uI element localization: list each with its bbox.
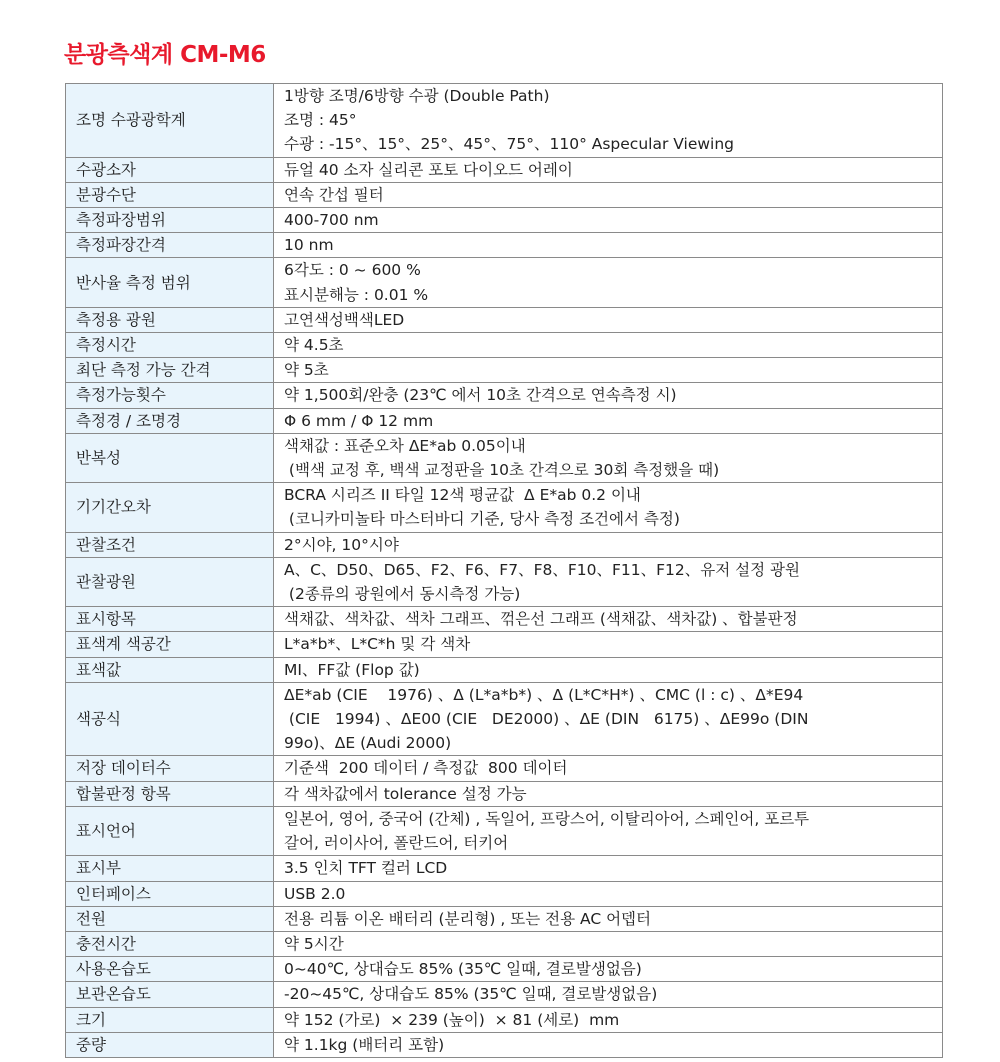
spec-label: 중량	[66, 1032, 274, 1057]
spec-label: 저장 데이터수	[66, 756, 274, 781]
spec-value: 전용 리튬 이온 배터리 (분리형) , 또는 전용 AC 어뎁터	[274, 906, 943, 931]
spec-value: 2°시야, 10°시야	[274, 532, 943, 557]
spec-label: 표시항목	[66, 607, 274, 632]
spec-label: 측정가능횟수	[66, 383, 274, 408]
spec-value: 약 1,500회/완충 (23℃ 에서 10초 간격으로 연속측정 시)	[274, 383, 943, 408]
spec-value-line: 2°시야, 10°시야	[284, 533, 942, 557]
spec-value-line: 99o)、ΔE (Audi 2000)	[284, 731, 942, 755]
spec-row: 크기약 152 (가로) × 239 (높이) × 81 (세로) mm	[66, 1007, 943, 1032]
spec-row: 저장 데이터수기준색 200 데이터 / 측정값 800 데이터	[66, 756, 943, 781]
spec-table-body: 조명 수광광학계1방향 조명/6방향 수광 (Double Path)조명 : …	[66, 84, 943, 1058]
spec-row: 반사율 측정 범위6각도 : 0 ~ 600 %표시분해능 : 0.01 %	[66, 258, 943, 307]
spec-row: 보관온습도-20~45℃, 상대습도 85% (35℃ 일때, 결로발생없음)	[66, 982, 943, 1007]
spec-value-line: 약 1,500회/완충 (23℃ 에서 10초 간격으로 연속측정 시)	[284, 383, 942, 407]
spec-row: 표시항목색채값、색차값、색차 그래프、꺾은선 그래프 (색채값、색차값) 、합불…	[66, 607, 943, 632]
spec-value-line: MI、FF값 (Flop 값)	[284, 658, 942, 682]
spec-value: -20~45℃, 상대습도 85% (35℃ 일때, 결로발생없음)	[274, 982, 943, 1007]
spec-label: 표색계 색공간	[66, 632, 274, 657]
spec-value-line: 고연색성백색LED	[284, 308, 942, 332]
spec-row: 기기간오차BCRA 시리즈 II 타일 12색 평균값 Δ E*ab 0.2 이…	[66, 483, 943, 532]
spec-row: 표색계 색공간L*a*b*、L*C*h 및 각 색차	[66, 632, 943, 657]
spec-value: BCRA 시리즈 II 타일 12색 평균값 Δ E*ab 0.2 이내 (코니…	[274, 483, 943, 532]
spec-label: 분광수단	[66, 182, 274, 207]
spec-label: 수광소자	[66, 157, 274, 182]
spec-row: 표시언어일본어, 영어, 중국어 (간체) , 독일어, 프랑스어, 이탈리아어…	[66, 806, 943, 855]
spec-value-line: 연속 간섭 필터	[284, 183, 942, 207]
spec-row: 반복성색채값 : 표준오차 ΔE*ab 0.05이내 (백색 교정 후, 백색 …	[66, 433, 943, 482]
spec-row: 조명 수광광학계1방향 조명/6방향 수광 (Double Path)조명 : …	[66, 84, 943, 158]
spec-value-line: (백색 교정 후, 백색 교정판을 10초 간격으로 30회 측정했을 때)	[284, 458, 942, 482]
spec-value: 약 152 (가로) × 239 (높이) × 81 (세로) mm	[274, 1007, 943, 1032]
spec-value: 약 4.5초	[274, 333, 943, 358]
spec-row: 측정가능횟수약 1,500회/완충 (23℃ 에서 10초 간격으로 연속측정 …	[66, 383, 943, 408]
spec-value-line: 약 4.5초	[284, 333, 942, 357]
spec-label: 표색값	[66, 657, 274, 682]
spec-label: 측정경 / 조명경	[66, 408, 274, 433]
spec-label: 측정파장범위	[66, 208, 274, 233]
spec-label: 인터페이스	[66, 881, 274, 906]
spec-value: USB 2.0	[274, 881, 943, 906]
spec-value-line: 색채값 : 표준오차 ΔE*ab 0.05이내	[284, 434, 942, 458]
spec-value-line: 각 색차값에서 tolerance 설정 가능	[284, 782, 942, 806]
spec-row: 관찰광원A、C、D50、D65、F2、F6、F7、F8、F10、F11、F12、…	[66, 557, 943, 606]
spec-value: 듀얼 40 소자 실리콘 포토 다이오드 어레이	[274, 157, 943, 182]
spec-row: 표시부3.5 인치 TFT 컬러 LCD	[66, 856, 943, 881]
spec-value-line: 조명 : 45°	[284, 108, 942, 132]
spec-value: 400-700 nm	[274, 208, 943, 233]
spec-label: 관찰조건	[66, 532, 274, 557]
spec-value-line: Φ 6 mm / Φ 12 mm	[284, 409, 942, 433]
spec-value: 연속 간섭 필터	[274, 182, 943, 207]
spec-row: 인터페이스USB 2.0	[66, 881, 943, 906]
spec-row: 측정경 / 조명경Φ 6 mm / Φ 12 mm	[66, 408, 943, 433]
spec-label: 반사율 측정 범위	[66, 258, 274, 307]
spec-label: 충전시간	[66, 931, 274, 956]
spec-value-line: 전용 리튬 이온 배터리 (분리형) , 또는 전용 AC 어뎁터	[284, 907, 942, 931]
spec-value: 3.5 인치 TFT 컬러 LCD	[274, 856, 943, 881]
spec-label: 관찰광원	[66, 557, 274, 606]
spec-value-line: 400-700 nm	[284, 208, 942, 232]
spec-value-line: -20~45℃, 상대습도 85% (35℃ 일때, 결로발생없음)	[284, 982, 942, 1006]
spec-value: ΔE*ab (CIE 1976) 、Δ (L*a*b*) 、Δ (L*C*H*)…	[274, 682, 943, 756]
spec-label: 표시언어	[66, 806, 274, 855]
spec-value-line: 약 152 (가로) × 239 (높이) × 81 (세로) mm	[284, 1008, 942, 1032]
spec-value: 약 5초	[274, 358, 943, 383]
spec-label: 측정용 광원	[66, 307, 274, 332]
spec-value: Φ 6 mm / Φ 12 mm	[274, 408, 943, 433]
spec-row: 수광소자듀얼 40 소자 실리콘 포토 다이오드 어레이	[66, 157, 943, 182]
page-title: 분광측색계 CM-M6	[64, 36, 266, 69]
spec-value-line: 수광 : -15°、15°、25°、45°、75°、110° Aspecular…	[284, 132, 942, 156]
spec-row: 측정파장범위400-700 nm	[66, 208, 943, 233]
spec-value: 각 색차값에서 tolerance 설정 가능	[274, 781, 943, 806]
spec-value-line: 색채값、색차값、색차 그래프、꺾은선 그래프 (색채값、색차값) 、합불판정	[284, 607, 942, 631]
spec-value-line: A、C、D50、D65、F2、F6、F7、F8、F10、F11、F12、유저 설…	[284, 558, 942, 582]
spec-value: 색채값、색차값、색차 그래프、꺾은선 그래프 (색채값、색차값) 、합불판정	[274, 607, 943, 632]
spec-row: 합불판정 항목각 색차값에서 tolerance 설정 가능	[66, 781, 943, 806]
spec-value: L*a*b*、L*C*h 및 각 색차	[274, 632, 943, 657]
spec-row: 표색값MI、FF값 (Flop 값)	[66, 657, 943, 682]
spec-label: 사용온습도	[66, 957, 274, 982]
spec-row: 색공식ΔE*ab (CIE 1976) 、Δ (L*a*b*) 、Δ (L*C*…	[66, 682, 943, 756]
spec-value-line: ΔE*ab (CIE 1976) 、Δ (L*a*b*) 、Δ (L*C*H*)…	[284, 683, 942, 707]
spec-value-line: 10 nm	[284, 233, 942, 257]
spec-value-line: 3.5 인치 TFT 컬러 LCD	[284, 856, 942, 880]
spec-row: 중량약 1.1kg (배터리 포함)	[66, 1032, 943, 1057]
spec-label: 기기간오차	[66, 483, 274, 532]
spec-row: 전원전용 리튬 이온 배터리 (분리형) , 또는 전용 AC 어뎁터	[66, 906, 943, 931]
spec-label: 반복성	[66, 433, 274, 482]
spec-label: 측정시간	[66, 333, 274, 358]
spec-value: 10 nm	[274, 233, 943, 258]
spec-row: 충전시간약 5시간	[66, 931, 943, 956]
spec-value: 고연색성백색LED	[274, 307, 943, 332]
spec-value-line: 6각도 : 0 ~ 600 %	[284, 258, 942, 282]
spec-row: 측정시간약 4.5초	[66, 333, 943, 358]
spec-label: 전원	[66, 906, 274, 931]
spec-value-line: BCRA 시리즈 II 타일 12색 평균값 Δ E*ab 0.2 이내	[284, 483, 942, 507]
spec-row: 측정파장간격10 nm	[66, 233, 943, 258]
spec-value: 약 5시간	[274, 931, 943, 956]
spec-row: 측정용 광원고연색성백색LED	[66, 307, 943, 332]
spec-value-line: 약 5시간	[284, 932, 942, 956]
spec-value-line: 듀얼 40 소자 실리콘 포토 다이오드 어레이	[284, 158, 942, 182]
spec-value-line: 약 1.1kg (배터리 포함)	[284, 1033, 942, 1057]
spec-row: 분광수단연속 간섭 필터	[66, 182, 943, 207]
spec-table: 조명 수광광학계1방향 조명/6방향 수광 (Double Path)조명 : …	[65, 83, 943, 1058]
spec-label: 조명 수광광학계	[66, 84, 274, 158]
spec-value: 일본어, 영어, 중국어 (간체) , 독일어, 프랑스어, 이탈리아어, 스페…	[274, 806, 943, 855]
spec-label: 측정파장간격	[66, 233, 274, 258]
spec-value-line: 약 5초	[284, 358, 942, 382]
spec-value: MI、FF값 (Flop 값)	[274, 657, 943, 682]
spec-value-line: (코니카미놀타 마스터바디 기준, 당사 측정 조건에서 측정)	[284, 507, 942, 531]
spec-value-line: USB 2.0	[284, 882, 942, 906]
spec-label: 합불판정 항목	[66, 781, 274, 806]
spec-value: 약 1.1kg (배터리 포함)	[274, 1032, 943, 1057]
spec-value: 색채값 : 표준오차 ΔE*ab 0.05이내 (백색 교정 후, 백색 교정판…	[274, 433, 943, 482]
spec-value-line: 표시분해능 : 0.01 %	[284, 283, 942, 307]
spec-value: 6각도 : 0 ~ 600 %표시분해능 : 0.01 %	[274, 258, 943, 307]
spec-value-line: 일본어, 영어, 중국어 (간체) , 독일어, 프랑스어, 이탈리아어, 스페…	[284, 807, 942, 831]
spec-value: 1방향 조명/6방향 수광 (Double Path)조명 : 45°수광 : …	[274, 84, 943, 158]
spec-value-line: 갈어, 러이사어, 폴란드어, 터키어	[284, 831, 942, 855]
spec-label: 색공식	[66, 682, 274, 756]
spec-value-line: L*a*b*、L*C*h 및 각 색차	[284, 632, 942, 656]
spec-label: 표시부	[66, 856, 274, 881]
spec-value-line: (CIE 1994) 、ΔE00 (CIE DE2000) 、ΔE (DIN 6…	[284, 707, 942, 731]
spec-row: 관찰조건2°시야, 10°시야	[66, 532, 943, 557]
spec-value: 기준색 200 데이터 / 측정값 800 데이터	[274, 756, 943, 781]
spec-label: 보관온습도	[66, 982, 274, 1007]
spec-value-line: 기준색 200 데이터 / 측정값 800 데이터	[284, 756, 942, 780]
spec-row: 사용온습도0~40℃, 상대습도 85% (35℃ 일때, 결로발생없음)	[66, 957, 943, 982]
spec-value-line: 0~40℃, 상대습도 85% (35℃ 일때, 결로발생없음)	[284, 957, 942, 981]
spec-value-line: (2종류의 광원에서 동시측정 가능)	[284, 582, 942, 606]
spec-value: A、C、D50、D65、F2、F6、F7、F8、F10、F11、F12、유저 설…	[274, 557, 943, 606]
spec-value: 0~40℃, 상대습도 85% (35℃ 일때, 결로발생없음)	[274, 957, 943, 982]
spec-row: 최단 측정 가능 간격약 5초	[66, 358, 943, 383]
spec-value-line: 1방향 조명/6방향 수광 (Double Path)	[284, 84, 942, 108]
spec-label: 최단 측정 가능 간격	[66, 358, 274, 383]
spec-label: 크기	[66, 1007, 274, 1032]
